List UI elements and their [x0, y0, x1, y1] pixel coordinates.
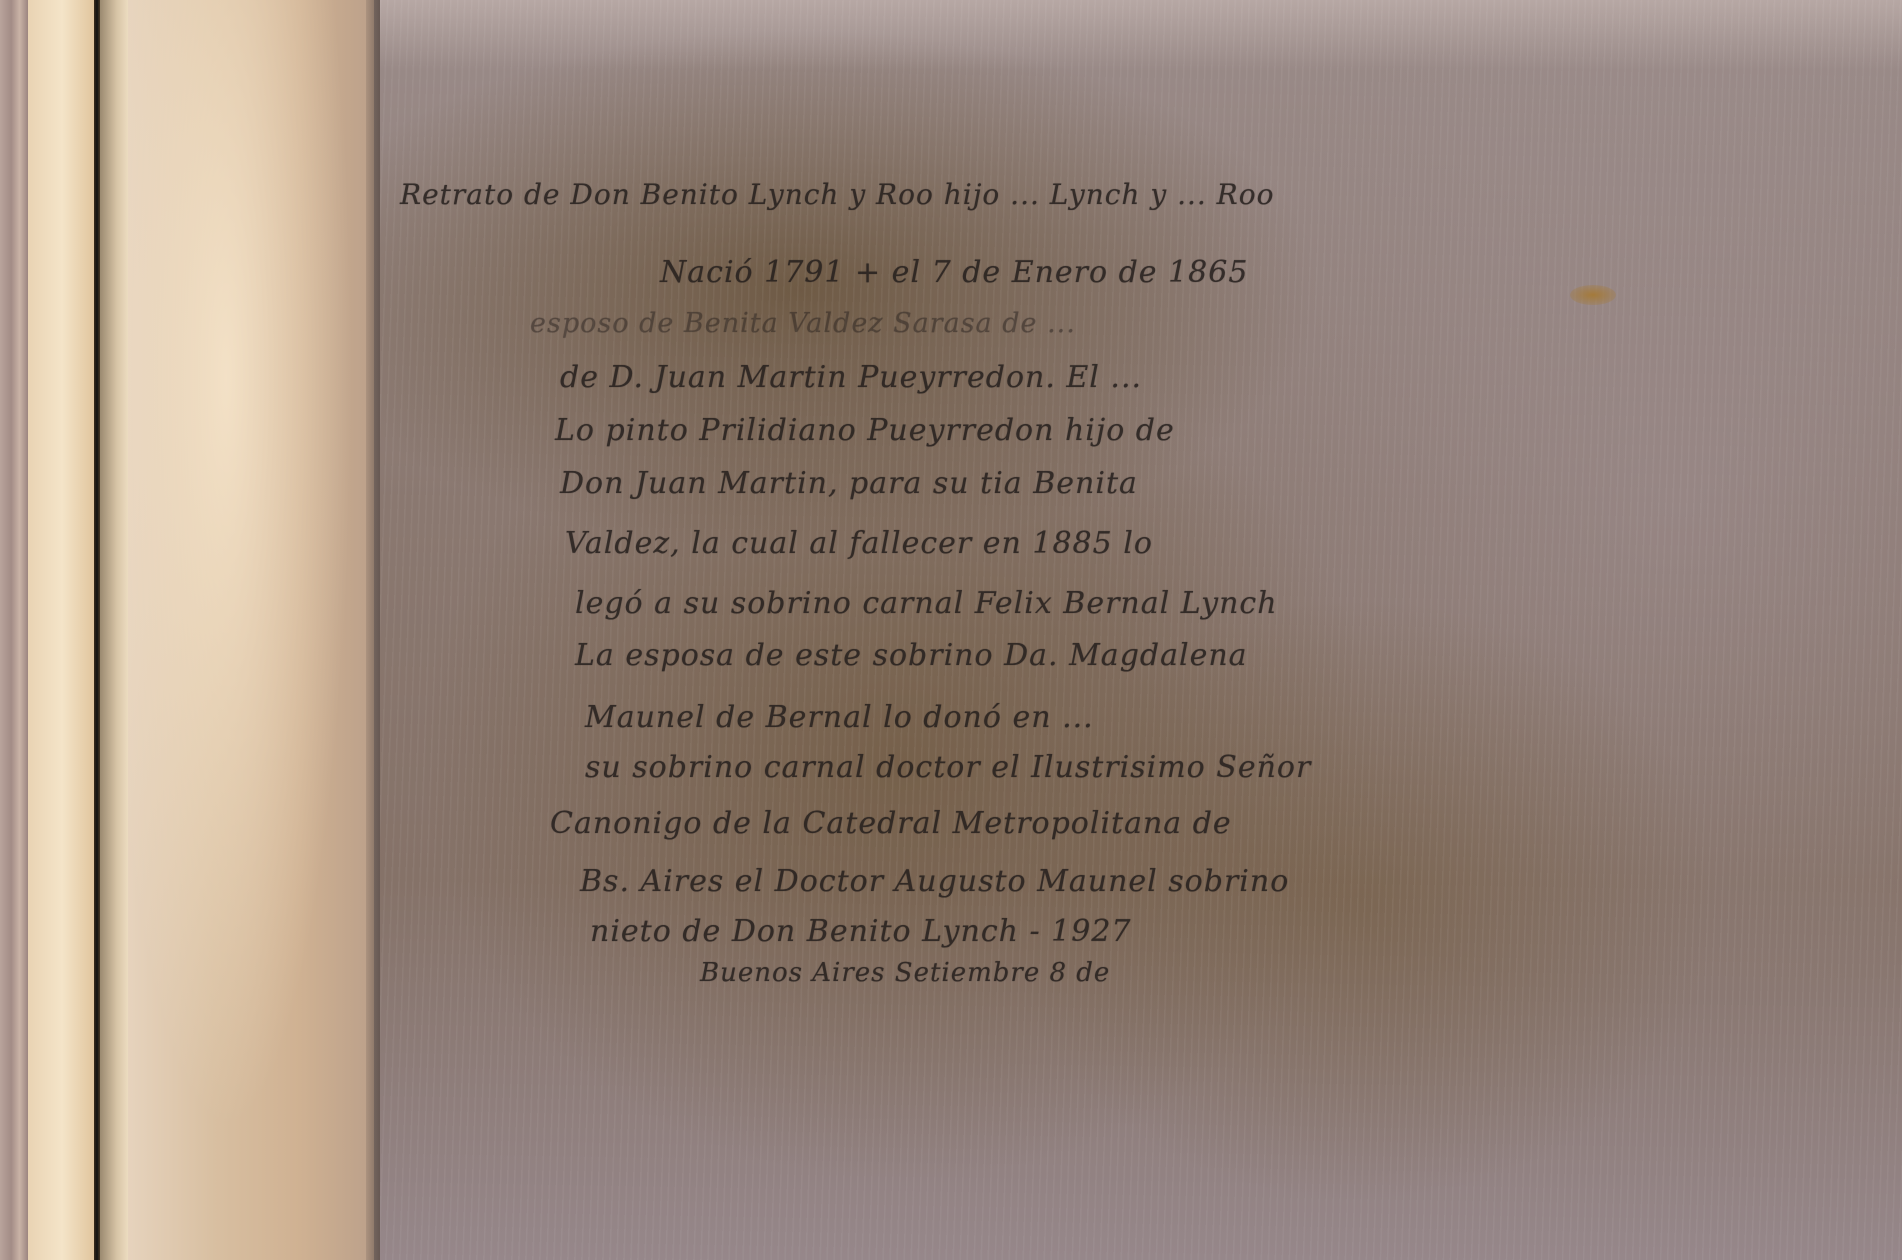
inscription-line: Nació 1791 + el 7 de Enero de 1865 — [660, 255, 1248, 290]
inscription-line: nieto de Don Benito Lynch - 1927 — [590, 914, 1132, 949]
stain-mark — [1570, 285, 1616, 305]
inscription-line: Bs. Aires el Doctor Augusto Maunel sobri… — [580, 864, 1289, 899]
inscription-line: Maunel de Bernal lo donó en ... — [585, 700, 1094, 735]
inscription-line: Don Juan Martin, para su tia Benita — [560, 466, 1138, 501]
frame-outer-strip — [0, 0, 28, 1260]
inscription-line: su sobrino carnal doctor el Ilustrisimo … — [585, 750, 1311, 785]
inscription-line: esposo de Benita Valdez Sarasa de ... — [530, 308, 1076, 339]
frame-inner-board — [128, 0, 374, 1260]
frame-light-strip — [28, 0, 96, 1260]
inscription-line: Valdez, la cual al fallecer en 1885 lo — [565, 526, 1153, 561]
panel-highlight — [380, 0, 1902, 70]
inscription-line: Canonigo de la Catedral Metropolitana de — [550, 806, 1232, 841]
frame-crack-edge — [100, 0, 128, 1260]
inscription-line: Buenos Aires Setiembre 8 de — [700, 958, 1110, 988]
inscription-line: Retrato de Don Benito Lynch y Roo hijo .… — [400, 178, 1274, 211]
inscription-line: Lo pinto Prilidiano Pueyrredon hijo de — [555, 413, 1175, 448]
inscription-line: legó a su sobrino carnal Felix Bernal Ly… — [575, 586, 1278, 621]
photo-scene: Retrato de Don Benito Lynch y Roo hijo .… — [0, 0, 1902, 1260]
inscription-line: La esposa de este sobrino Da. Magdalena — [575, 638, 1248, 673]
inscription-line: de D. Juan Martin Pueyrredon. El ... — [560, 360, 1142, 395]
